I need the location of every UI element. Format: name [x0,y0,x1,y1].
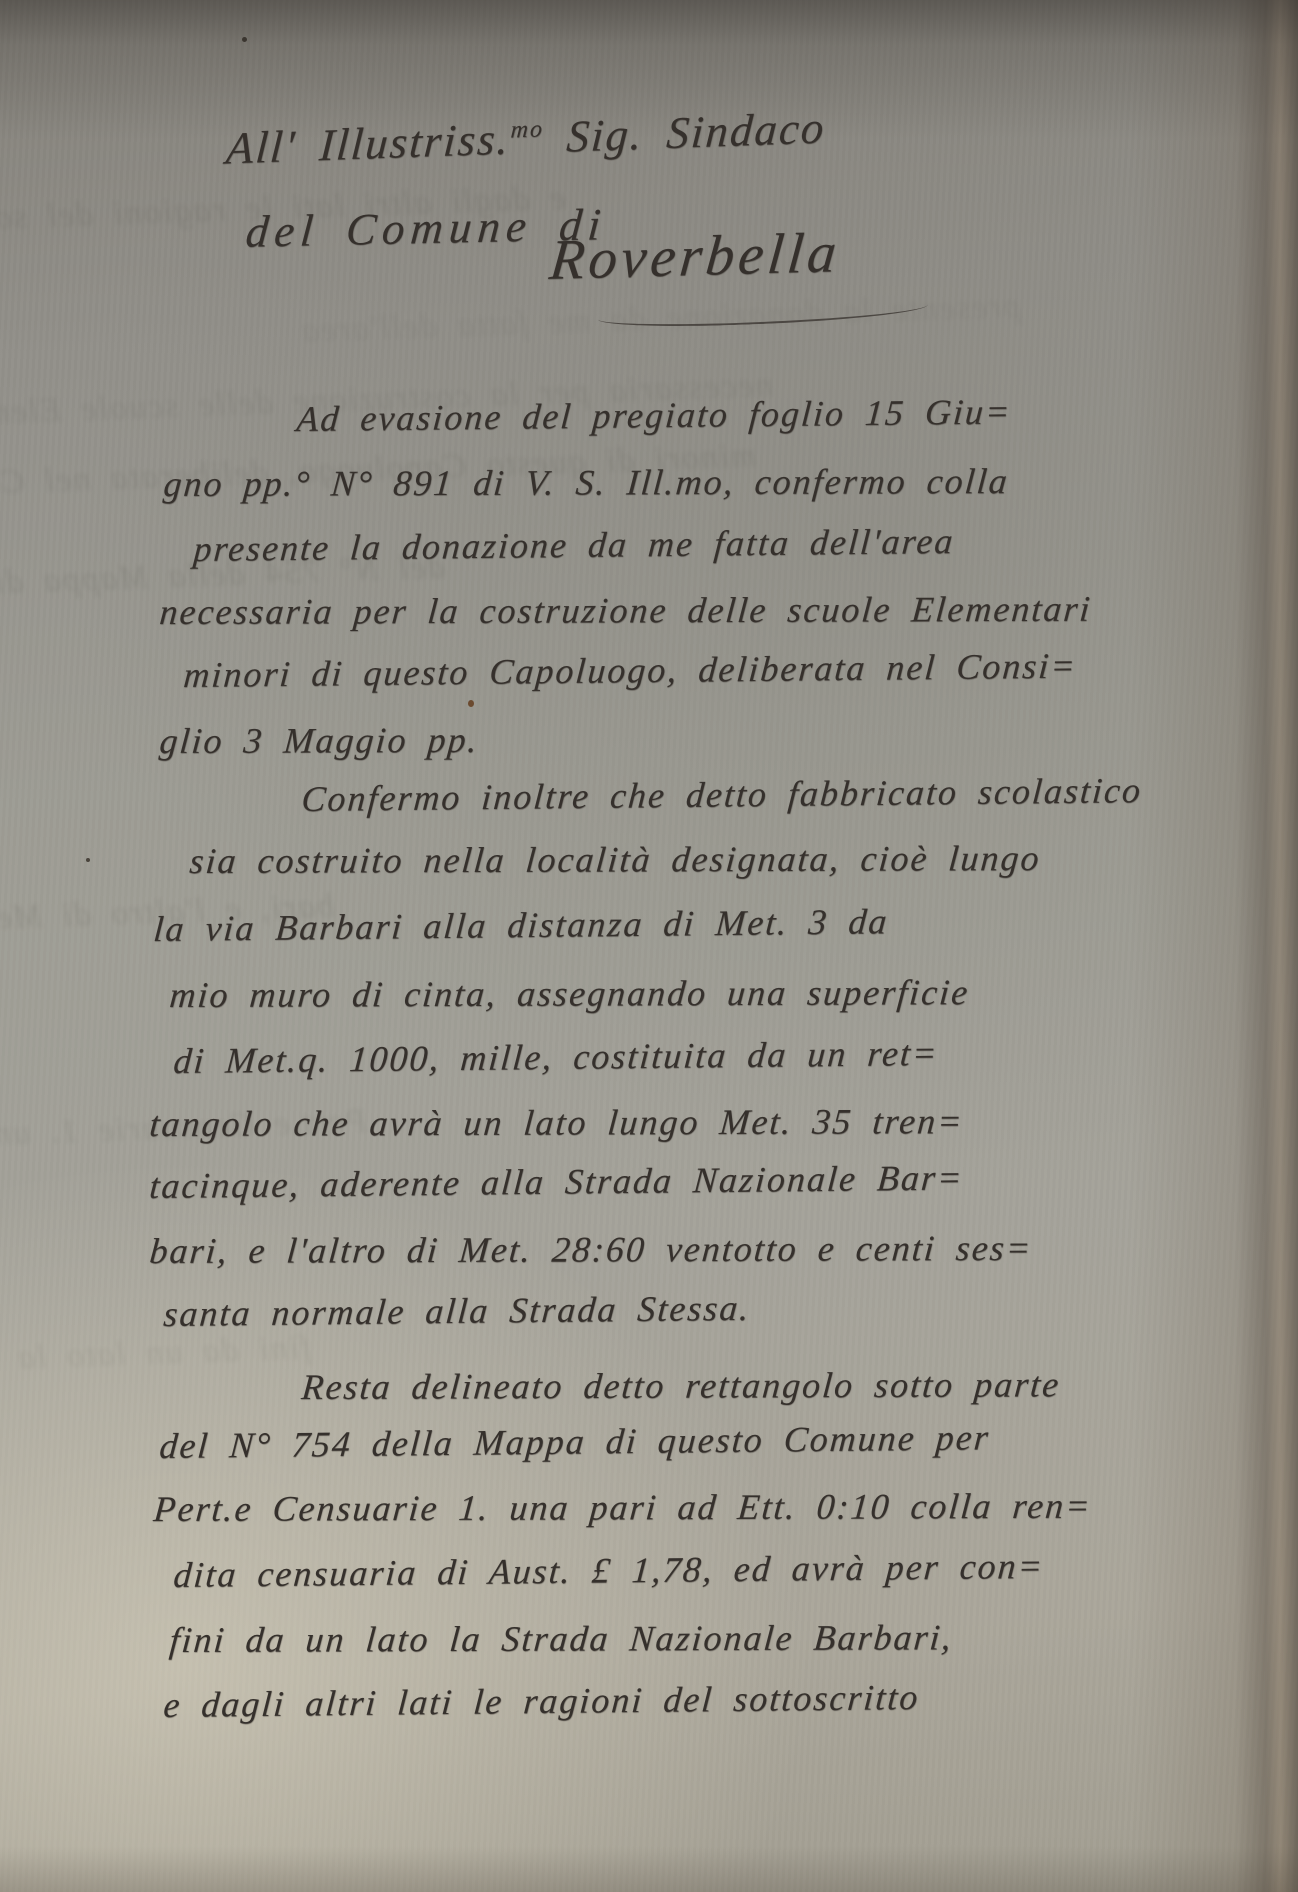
manuscript-line: gno pp.° N° 891 di V. S. Ill.mo, conferm… [162,460,1011,505]
manuscript-line: Pert.e Censuarie 1. una pari ad Ett. 0:1… [152,1485,1093,1530]
manuscript-line: tacinque, aderente alla Strada Nazionale… [148,1156,965,1207]
ink-speck [86,858,90,862]
manuscript-line: fini da un lato la Strada Nazionale Barb… [168,1616,955,1661]
manuscript-line: tangolo che avrà un lato lungo Met. 35 t… [148,1100,965,1145]
manuscript-line: bari, e l'altro di Met. 28:60 ventotto e… [148,1227,1034,1272]
manuscript-line: Confermo inoltre che detto fabbricato sc… [300,769,1144,820]
header-place-name: Roverbella [547,220,843,293]
manuscript-line: del N° 754 della Mappa di questo Comune … [158,1416,992,1467]
manuscript-line: minori di questo Capoluogo, deliberata n… [182,645,1078,696]
header-addressee-text: All' Illustriss. [224,113,512,173]
manuscript-line: e dagli altri lati le ragioni del sottos… [162,1676,921,1726]
bleedthrough-text: fini da un lato la Strada Nazionale Barb… [0,1329,311,1393]
manuscript-page: e dagli altri lati le ragioni del sottos… [0,0,1298,1892]
manuscript-line: sia costruito nella località designata, … [188,837,1042,882]
manuscript-line: la via Barbari alla distanza di Met. 3 d… [152,900,890,950]
manuscript-line: Resta delineato detto rettangolo sotto p… [300,1363,1062,1408]
manuscript-line: glio 3 Maggio pp. [158,719,481,762]
ink-speck [242,37,247,42]
manuscript-line: dita censuaria di Aust. £ 1,78, ed avrà … [172,1545,1046,1596]
manuscript-line: santa normale alla Strada Stessa. [162,1287,752,1335]
manuscript-line: presente la donazione da me fatta dell'a… [192,520,956,570]
header-addressee-line: All' Illustriss.mo Sig. Sindaco [224,101,827,174]
manuscript-line: mio muro di cinta, assegnando una superf… [168,971,971,1016]
header-addressee-text2: Sig. Sindaco [542,102,828,162]
manuscript-line: di Met.q. 1000, mille, costituita da un … [172,1032,940,1082]
header-superscript: mo [510,116,545,143]
ink-speck [468,700,474,707]
manuscript-line: necessaria per la costruzione delle scuo… [158,588,1093,633]
manuscript-line: Ad evasione del pregiato foglio 15 Giu= [295,390,1013,440]
